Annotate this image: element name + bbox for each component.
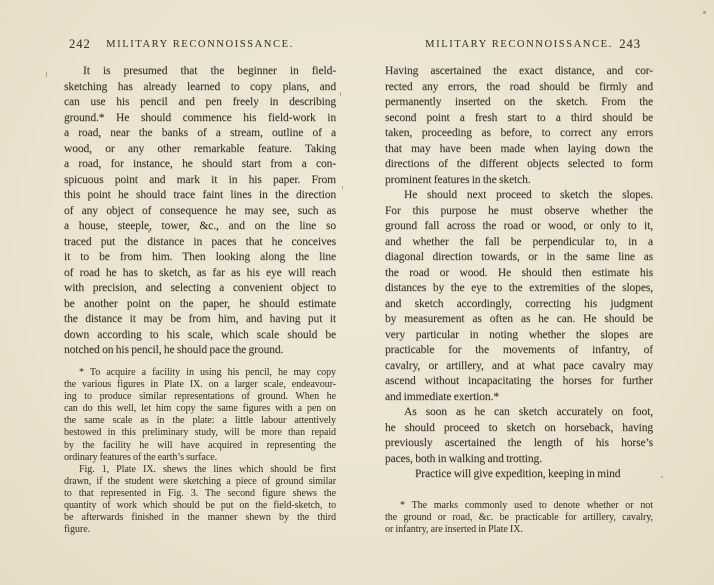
text-line: prominent features in the sketch. bbox=[385, 173, 653, 189]
scan-speck bbox=[148, 230, 150, 233]
footnote-line: to that represented in Fig. 3. The secon… bbox=[64, 488, 336, 500]
page-243: MILITARY RECONNOISSANCE. 243 Having asce… bbox=[385, 0, 653, 585]
paragraph: As soon as he can sketch accurately on f… bbox=[385, 405, 653, 467]
text-line: permanently inserted on the sketch. From… bbox=[385, 95, 653, 111]
paragraph: Practice will give expedition, keeping i… bbox=[385, 467, 653, 483]
body-text-right: Having ascertained the exact distance, a… bbox=[385, 64, 653, 483]
page-number-right: 243 bbox=[619, 37, 641, 52]
text-line: can use his pencil and pen freely in des… bbox=[64, 95, 336, 111]
paragraph: Fig. 1, Plate IX. shews the lines which … bbox=[64, 464, 336, 537]
text-line: it to be from him. Then looking along th… bbox=[64, 250, 336, 266]
text-line: and immediate exertion.* bbox=[385, 390, 653, 406]
text-line: distances by the eye to the extremities … bbox=[385, 281, 653, 297]
text-line: paces, both in walking and trotting. bbox=[385, 452, 653, 468]
paragraph: * The marks commonly used to denote whet… bbox=[385, 500, 653, 536]
text-line: taken, proceeding as before, to correct … bbox=[385, 126, 653, 142]
text-line: wood, or any other remarkable feature. T… bbox=[64, 142, 336, 158]
text-line: he should proceed to sketch on horseback… bbox=[385, 421, 653, 437]
scan-speck bbox=[340, 92, 341, 96]
text-line: a road, near the banks of a stream, outl… bbox=[64, 126, 336, 142]
footnote-line: or infantry, are inserted in Plate IX. bbox=[385, 524, 653, 536]
footnote-line: drawn, if the student were sketching a p… bbox=[64, 476, 336, 488]
text-line: of road he has to sketch, as far as his … bbox=[64, 266, 336, 282]
text-line: Practice will give expedition, keeping i… bbox=[385, 467, 653, 483]
footnotes-left: * To acquire a facility in using his pen… bbox=[64, 367, 336, 536]
scan-speck bbox=[661, 476, 663, 478]
book-spread: 242 MILITARY RECONNOISSANCE. It is presu… bbox=[0, 0, 714, 585]
paragraph: He should next proceed to sketch the slo… bbox=[385, 188, 653, 405]
text-line: be another point on the paper, he should… bbox=[64, 297, 336, 313]
text-line: this point he should trace faint lines i… bbox=[64, 188, 336, 204]
text-line: For this purpose he must observe whether… bbox=[385, 204, 653, 220]
text-line: diagonal direction towards, or in the sa… bbox=[385, 250, 653, 266]
text-line: He should next proceed to sketch the slo… bbox=[385, 188, 653, 204]
text-line: traced put the distance in paces that he… bbox=[64, 235, 336, 251]
body-text-left: It is presumed that the beginner in fiel… bbox=[64, 64, 336, 359]
text-line: ground.* He should commence his field-wo… bbox=[64, 111, 336, 127]
footnote-line: ordinary features of the earth’s surface… bbox=[64, 452, 336, 464]
text-line: and whether the fall be perpendicular to… bbox=[385, 235, 653, 251]
footnote-line: the various figures in Plate IX. on a la… bbox=[64, 379, 336, 391]
footnote-line: be afterwards finished in the manner she… bbox=[64, 512, 336, 524]
page-242: 242 MILITARY RECONNOISSANCE. It is presu… bbox=[64, 0, 336, 585]
footnote-line: figure. bbox=[64, 524, 336, 536]
text-line: a road, for instance, he should start fr… bbox=[64, 157, 336, 173]
text-line: sketching has already learned to copy pl… bbox=[64, 80, 336, 96]
text-line: very particular in noting whether the sl… bbox=[385, 328, 653, 344]
text-line: notched on his pencil, he should pace th… bbox=[64, 343, 336, 359]
footnote-line: the same scale as in the plate: a little… bbox=[64, 415, 336, 427]
text-line: second point a fresh start to a third sh… bbox=[385, 111, 653, 127]
footnote-line: by the facility he will have acquired in… bbox=[64, 440, 336, 452]
text-line: with precision, and selecting a convenie… bbox=[64, 281, 336, 297]
page-number-left: 242 bbox=[69, 37, 91, 52]
text-line: It is presumed that the beginner in fiel… bbox=[64, 64, 336, 80]
footnote-line: quantity of work which should be put on … bbox=[64, 500, 336, 512]
running-head-right: MILITARY RECONNOISSANCE. 243 bbox=[385, 39, 653, 50]
text-line: As soon as he can sketch accurately on f… bbox=[385, 405, 653, 421]
text-line: cavalry, or artillery, and at what pace … bbox=[385, 359, 653, 375]
scan-speck bbox=[46, 72, 47, 77]
running-head-right-text: MILITARY RECONNOISSANCE. bbox=[425, 39, 613, 50]
text-line: a house, steeple, tower, &c., and on the… bbox=[64, 219, 336, 235]
scan-speck bbox=[703, 11, 706, 14]
scan-speck bbox=[342, 186, 343, 189]
text-line: Having ascertained the exact distance, a… bbox=[385, 64, 653, 80]
text-line: spicuous point and mark it in his paper.… bbox=[64, 173, 336, 189]
text-line: down according to his scale, which scale… bbox=[64, 328, 336, 344]
paragraph: * To acquire a facility in using his pen… bbox=[64, 367, 336, 464]
text-line: that may have been made when laying down… bbox=[385, 142, 653, 158]
paragraph: It is presumed that the beginner in fiel… bbox=[64, 64, 336, 359]
text-line: previously ascertained the length of his… bbox=[385, 436, 653, 452]
text-line: the distance it may be from him, and hav… bbox=[64, 312, 336, 328]
footnotes-right: * The marks commonly used to denote whet… bbox=[385, 500, 653, 536]
text-line: directions of the different objects sele… bbox=[385, 157, 653, 173]
footnote-line: * To acquire a facility in using his pen… bbox=[64, 367, 336, 379]
text-line: practicable for the movements of infantr… bbox=[385, 343, 653, 359]
footnote-line: ing to produce similar representations o… bbox=[64, 391, 336, 403]
footnote-line: the ground or road, &c. be practicable f… bbox=[385, 512, 653, 524]
running-head-left-text: MILITARY RECONNOISSANCE. bbox=[106, 39, 294, 50]
text-line: of any object of consequence he may see,… bbox=[64, 204, 336, 220]
text-line: by measurement as often as he can. He sh… bbox=[385, 312, 653, 328]
footnote-line: can do this well, let him copy the same … bbox=[64, 403, 336, 415]
text-line: ascend without incapacitating the horses… bbox=[385, 374, 653, 390]
text-line: ground fall across the road or wood, or … bbox=[385, 219, 653, 235]
text-line: the road or wood. He should then estimat… bbox=[385, 266, 653, 282]
running-head-left: 242 MILITARY RECONNOISSANCE. bbox=[64, 39, 336, 50]
footnote-line: Fig. 1, Plate IX. shews the lines which … bbox=[64, 464, 336, 476]
text-line: and sketch accordingly, correcting his j… bbox=[385, 297, 653, 313]
text-line: rected any errors, the road should be fi… bbox=[385, 80, 653, 96]
footnote-line: * The marks commonly used to denote whet… bbox=[385, 500, 653, 512]
footnote-line: bestowed in this preliminary study, will… bbox=[64, 427, 336, 439]
paragraph: Having ascertained the exact distance, a… bbox=[385, 64, 653, 188]
